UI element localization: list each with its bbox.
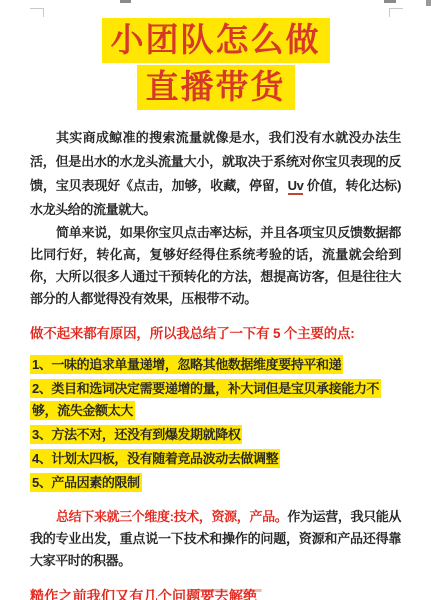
scan-tick-right: [384, 0, 396, 3]
document-page: 小团队怎么做 直播带货 其实商成鲸准的搜索流量就像是水，我们没有水就没办法生活，…: [0, 18, 431, 600]
list-item: 1、一味的追求单量递增，忽略其他数据维度要持平和递: [30, 354, 401, 376]
summary-dimensions-text: 总结下来就三个维度:技术，资源，产品。: [56, 509, 287, 524]
points-list: 1、一味的追求单量递增，忽略其他数据维度要持平和递 2、类目和选词决定需要递增的…: [30, 354, 401, 494]
page-corner-mark-left: [30, 8, 44, 17]
list-item: 2、类目和选词决定需要递增的量，补大词但是宝贝承接能力不够，流失金额太大: [30, 378, 401, 422]
intro-paragraph: 其实商成鲸准的搜索流量就像是水，我们没有水就没办法生活，但是出水的水龙头流量大小…: [30, 126, 401, 222]
page-title: 小团队怎么做 直播带货: [30, 18, 401, 112]
list-item: 5、产品因素的限制: [30, 472, 401, 494]
highlighted-point-5: 5、产品因素的限制: [30, 473, 142, 492]
summary-paragraph: 总结下来就三个维度:技术，资源，产品。作为运营，我只能从我的专业出发，重点说一下…: [30, 506, 401, 572]
highlighted-point-2: 2、类目和选词决定需要递增的量，补大词但是宝贝承接能力不够，流失金额太大: [30, 379, 381, 420]
list-item: 4、计划太四板，没有随着竞品波动去做调整: [30, 448, 401, 470]
scan-edge-notch: [426, 0, 431, 6]
footer-heading: 糙作之前我们又有几个问题要去解绝: [30, 586, 401, 600]
title-line-1: 小团队怎么做: [102, 18, 330, 63]
list-item: 3、方法不对，还没有到爆发期就降权: [30, 424, 401, 446]
points-heading: 做不起来都有原因，所以我总结了一下有 5 个主要的点:: [30, 322, 401, 342]
highlighted-point-1: 1、一味的追求单量递增，忽略其他数据维度要持平和递: [30, 355, 343, 374]
scan-tick-left: [120, 0, 131, 3]
page-corner-mark-right: [389, 8, 403, 17]
intro-metrics-open: 《点击，加够，收藏，停留，: [120, 178, 287, 193]
title-line-2: 直播带货: [137, 65, 295, 110]
highlighted-point-3: 3、方法不对，还没有到爆发期就降权: [30, 425, 242, 444]
second-paragraph: 简单来说，如果你宝贝点击率达标，并且各项宝贝反馈数据都比同行好，转化高，复够好经…: [30, 222, 401, 310]
highlighted-point-4: 4、计划太四板，没有随着竞品波动去做调整: [30, 449, 280, 468]
uv-value-term: Uv: [288, 178, 304, 195]
